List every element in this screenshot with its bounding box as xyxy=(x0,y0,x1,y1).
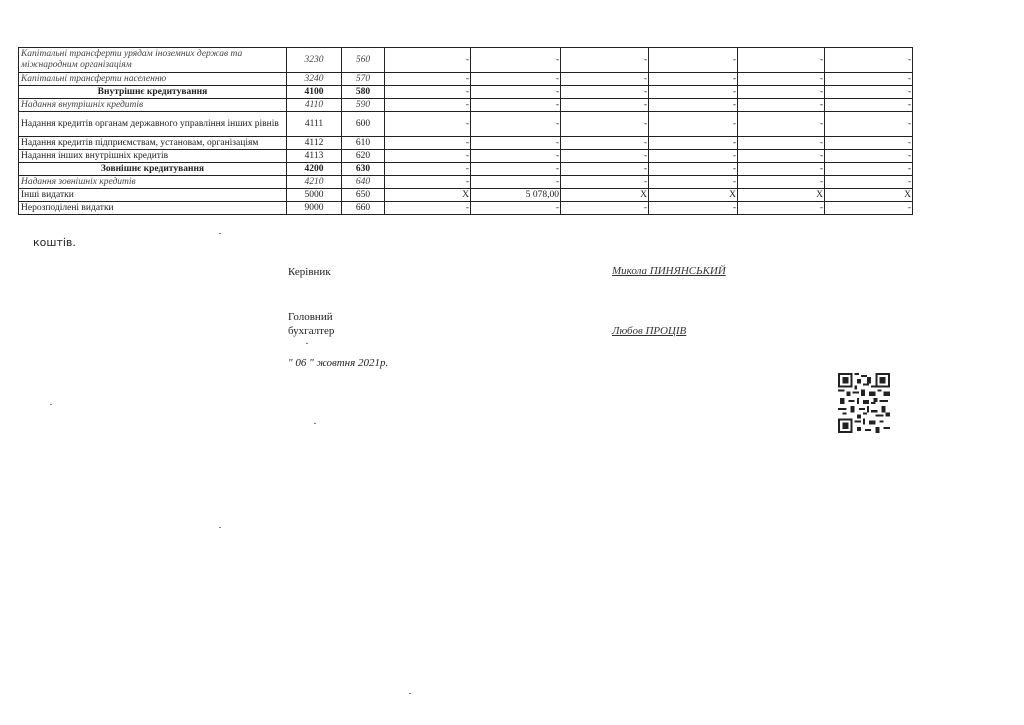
row-value: - xyxy=(561,202,649,215)
row-name: Капітальні трансферти урядам іноземних д… xyxy=(19,48,287,73)
row-value: - xyxy=(738,86,825,99)
row-line-number: 640 xyxy=(342,176,385,189)
row-value: - xyxy=(825,112,913,137)
table-row: Надання зовнішніх кредитів4210640------ xyxy=(19,176,913,189)
row-code: 4210 xyxy=(287,176,342,189)
table-row: Капітальні трансферти урядам іноземних д… xyxy=(19,48,913,73)
row-value: - xyxy=(385,112,471,137)
row-value: - xyxy=(738,150,825,163)
row-value: - xyxy=(385,176,471,189)
row-value: - xyxy=(738,202,825,215)
row-value: - xyxy=(738,137,825,150)
row-value: - xyxy=(825,176,913,189)
row-value: - xyxy=(385,202,471,215)
row-value: - xyxy=(649,73,738,86)
row-value: - xyxy=(385,48,471,73)
row-value: - xyxy=(825,73,913,86)
qr-code-icon xyxy=(838,373,890,433)
row-code: 4112 xyxy=(287,137,342,150)
row-value: - xyxy=(649,150,738,163)
table-row: Надання інших внутрішніх кредитів4113620… xyxy=(19,150,913,163)
table-row: Надання внутрішніх кредитів4110590------ xyxy=(19,99,913,112)
row-value: - xyxy=(385,73,471,86)
accountant-label-line2: бухгалтер xyxy=(288,325,334,337)
row-value: - xyxy=(825,86,913,99)
row-code: 4110 xyxy=(287,99,342,112)
row-name: Зовнішнє кредитування xyxy=(19,163,287,176)
row-line-number: 660 xyxy=(342,202,385,215)
row-value: - xyxy=(471,137,561,150)
row-line-number: 610 xyxy=(342,137,385,150)
row-value: - xyxy=(471,86,561,99)
row-name: Інші видатки xyxy=(19,189,287,202)
row-value: - xyxy=(649,137,738,150)
accountant-name: Любов ПРОЦІВ xyxy=(612,325,686,337)
row-value: - xyxy=(385,86,471,99)
row-value: - xyxy=(561,86,649,99)
table-row: Зовнішнє кредитування4200630------ xyxy=(19,163,913,176)
table-row: Надання кредитів органам державного упра… xyxy=(19,112,913,137)
accountant-label-line1: Головний xyxy=(288,311,333,323)
document-date: " 06 " жовтня 2021р. xyxy=(288,357,388,369)
row-value: - xyxy=(825,137,913,150)
row-name: Надання кредитів підприємствам, установа… xyxy=(19,137,287,150)
row-line-number: 650 xyxy=(342,189,385,202)
row-value: - xyxy=(385,99,471,112)
scan-speck xyxy=(314,423,316,424)
row-value: - xyxy=(561,112,649,137)
row-line-number: 600 xyxy=(342,112,385,137)
head-label: Керівник xyxy=(288,266,331,278)
row-value: X xyxy=(385,189,471,202)
row-value: - xyxy=(471,48,561,73)
row-value: - xyxy=(825,202,913,215)
row-line-number: 590 xyxy=(342,99,385,112)
row-code: 9000 xyxy=(287,202,342,215)
row-name: Надання інших внутрішніх кредитів xyxy=(19,150,287,163)
scan-speck xyxy=(50,404,52,405)
row-value: - xyxy=(649,202,738,215)
row-name: Капітальні трансферти населенню xyxy=(19,73,287,86)
row-value: - xyxy=(825,48,913,73)
row-value: - xyxy=(561,73,649,86)
row-value: - xyxy=(825,163,913,176)
row-value: - xyxy=(738,48,825,73)
row-code: 3240 xyxy=(287,73,342,86)
note-text: коштів. xyxy=(33,236,76,249)
row-value: - xyxy=(561,137,649,150)
row-value: - xyxy=(649,48,738,73)
row-name: Надання кредитів органам державного упра… xyxy=(19,112,287,137)
row-value: - xyxy=(649,176,738,189)
table-row: Капітальні трансферти населенню3240570--… xyxy=(19,73,913,86)
row-code: 3230 xyxy=(287,48,342,73)
row-line-number: 620 xyxy=(342,150,385,163)
row-value: - xyxy=(561,163,649,176)
row-value: - xyxy=(471,150,561,163)
row-line-number: 560 xyxy=(342,48,385,73)
row-name: Надання зовнішніх кредитів xyxy=(19,176,287,189)
row-name: Нерозподілені видатки xyxy=(19,202,287,215)
scan-speck xyxy=(219,527,221,528)
row-value: - xyxy=(561,176,649,189)
head-name: Микола ПИНЯНСЬКИЙ xyxy=(612,265,726,277)
row-value: - xyxy=(649,163,738,176)
row-value: - xyxy=(738,99,825,112)
row-value: X xyxy=(825,189,913,202)
row-name: Надання внутрішніх кредитів xyxy=(19,99,287,112)
row-value: - xyxy=(471,99,561,112)
row-code: 4111 xyxy=(287,112,342,137)
row-code: 4200 xyxy=(287,163,342,176)
row-code: 4100 xyxy=(287,86,342,99)
table-row: Внутрішнє кредитування4100580------ xyxy=(19,86,913,99)
row-value: X xyxy=(649,189,738,202)
row-value: - xyxy=(649,99,738,112)
row-code: 5000 xyxy=(287,189,342,202)
row-value: - xyxy=(471,73,561,86)
row-value: - xyxy=(385,163,471,176)
row-value: X xyxy=(561,189,649,202)
row-value: - xyxy=(561,48,649,73)
row-value: - xyxy=(825,99,913,112)
row-value: - xyxy=(471,176,561,189)
row-code: 4113 xyxy=(287,150,342,163)
table-row: Нерозподілені видатки9000660------ xyxy=(19,202,913,215)
row-value: - xyxy=(385,150,471,163)
row-value: - xyxy=(738,112,825,137)
expenditure-table: Капітальні трансферти урядам іноземних д… xyxy=(18,47,913,215)
scan-speck xyxy=(219,233,221,234)
row-value: - xyxy=(385,137,471,150)
scan-speck xyxy=(409,693,411,694)
row-value: - xyxy=(471,202,561,215)
row-value: - xyxy=(738,176,825,189)
row-value: - xyxy=(561,150,649,163)
row-value: 5 078,00 xyxy=(471,189,561,202)
table-row: Інші видатки5000650X5 078,00XXXX xyxy=(19,189,913,202)
table-row: Надання кредитів підприємствам, установа… xyxy=(19,137,913,150)
row-value: - xyxy=(738,163,825,176)
row-value: - xyxy=(649,112,738,137)
row-value: - xyxy=(471,112,561,137)
row-value: - xyxy=(471,163,561,176)
row-line-number: 580 xyxy=(342,86,385,99)
row-line-number: 630 xyxy=(342,163,385,176)
row-value: - xyxy=(649,86,738,99)
row-line-number: 570 xyxy=(342,73,385,86)
row-name: Внутрішнє кредитування xyxy=(19,86,287,99)
row-value: - xyxy=(825,150,913,163)
row-value: X xyxy=(738,189,825,202)
row-value: - xyxy=(561,99,649,112)
scan-speck xyxy=(306,343,308,344)
row-value: - xyxy=(738,73,825,86)
